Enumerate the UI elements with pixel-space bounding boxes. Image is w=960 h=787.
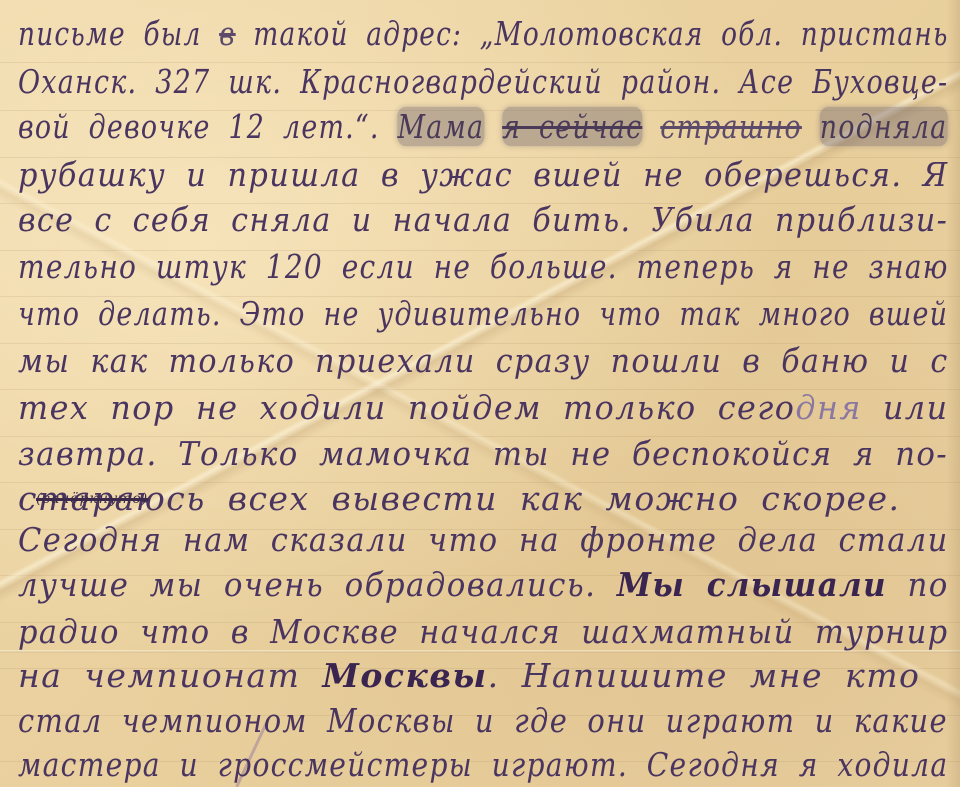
line-13-bold-phrase: Мы слышали	[617, 565, 887, 604]
line-3-struck-word: страшно	[660, 107, 802, 146]
line-3-space	[642, 107, 660, 146]
line-15-text: на чемпионат	[18, 656, 322, 695]
line-3-space	[484, 107, 502, 146]
letter-line-4: рубашку и пришла в ужас вшей не оберешьс…	[18, 155, 949, 194]
line-3-struck-phrase: я сейчас	[502, 107, 642, 146]
line-15-text-cont: . Напишите мне кто	[488, 656, 921, 695]
letter-line-9: тех пор не ходили пойдем только сегодня …	[18, 388, 949, 427]
line-9-text: тех пор не ходили пойдем только сего	[18, 388, 795, 427]
line-3-space	[802, 107, 820, 146]
line-4-text: рубашку и пришла в ужас вшей не оберешьс…	[18, 155, 949, 194]
letter-line-2: Оханск. 327 шк. Красногвардейский район.…	[18, 62, 948, 101]
letter-line-15: на чемпионат Москвы. Напишите мне кто	[18, 656, 920, 695]
line-15-bold-word: Москвы	[322, 656, 487, 695]
struck-margin-insertion: (зачёркнуто)	[36, 491, 148, 507]
line-2-text: Оханск. 327 шк. Красногвардейский район.…	[18, 62, 948, 101]
line-10-text: завтра. Только мамочка ты не беспокойся …	[18, 434, 948, 473]
line-13-text: лучше мы очень обрадовались.	[18, 565, 617, 604]
line-3-smudged-word-2: подняла	[820, 107, 948, 146]
letter-line-11: стараюсь всех вывести как можно скорее.	[18, 479, 901, 518]
line-17-text: мастера и гроссмейстеры играют. Сегодня …	[18, 745, 948, 784]
line-3-text: вой девочке 12 лет.“.	[18, 107, 398, 146]
line-5-text: все с себя сняла и начала бить. Убила пр…	[18, 200, 948, 239]
line-12-text: Сегодня нам сказали что на фронте дела с…	[18, 520, 949, 559]
letter-page: письме был в такой адрес: „Молотовская о…	[0, 0, 960, 787]
letter-line-7: что делать. Это не удивительно что так м…	[18, 294, 948, 333]
line-8-text: мы как только приехали сразу пошли в бан…	[18, 341, 949, 380]
letter-line-5: все с себя сняла и начала бить. Убила пр…	[18, 200, 948, 239]
letter-line-6: тельно штук 120 если не больше. теперь я…	[18, 247, 949, 286]
line-9-faint-insert: дня	[795, 388, 861, 427]
line-16-text: стал чемпионом Москвы и где они играют и…	[18, 701, 948, 740]
line-6-text: тельно штук 120 если не больше. теперь я…	[18, 247, 949, 286]
letter-line-14: радио что в Москве начался шахматный тур…	[18, 612, 948, 651]
line-13-text-cont: по	[887, 565, 949, 604]
letter-line-12: Сегодня нам сказали что на фронте дела с…	[18, 520, 949, 559]
letter-line-1: письме был в такой адрес: „Молотовская о…	[18, 14, 949, 53]
letter-line-17: мастера и гроссмейстеры играют. Сегодня …	[18, 745, 948, 784]
letter-line-16: стал чемпионом Москвы и где они играют и…	[18, 701, 948, 740]
line-14-text: радио что в Москве начался шахматный тур…	[18, 612, 948, 651]
line-1-text: письме был	[18, 14, 219, 53]
line-11-text: стараюсь всех вывести как можно скорее.	[18, 479, 901, 518]
letter-line-3: вой девочке 12 лет.“. Мама я сейчас стра…	[18, 107, 947, 146]
line-3-smudged-word: Мама	[398, 107, 485, 146]
line-7-text: что делать. Это не удивительно что так м…	[18, 294, 948, 333]
letter-line-10: завтра. Только мамочка ты не беспокойся …	[18, 434, 948, 473]
letter-line-8: мы как только приехали сразу пошли в бан…	[18, 341, 949, 380]
line-1-struck-word: в	[219, 14, 236, 53]
letter-line-13: лучше мы очень обрадовались. Мы слышали …	[18, 565, 949, 604]
line-9-text-cont: или	[862, 388, 949, 427]
line-1-text-cont: такой адрес: „Молотовская обл. пристань	[236, 14, 949, 53]
